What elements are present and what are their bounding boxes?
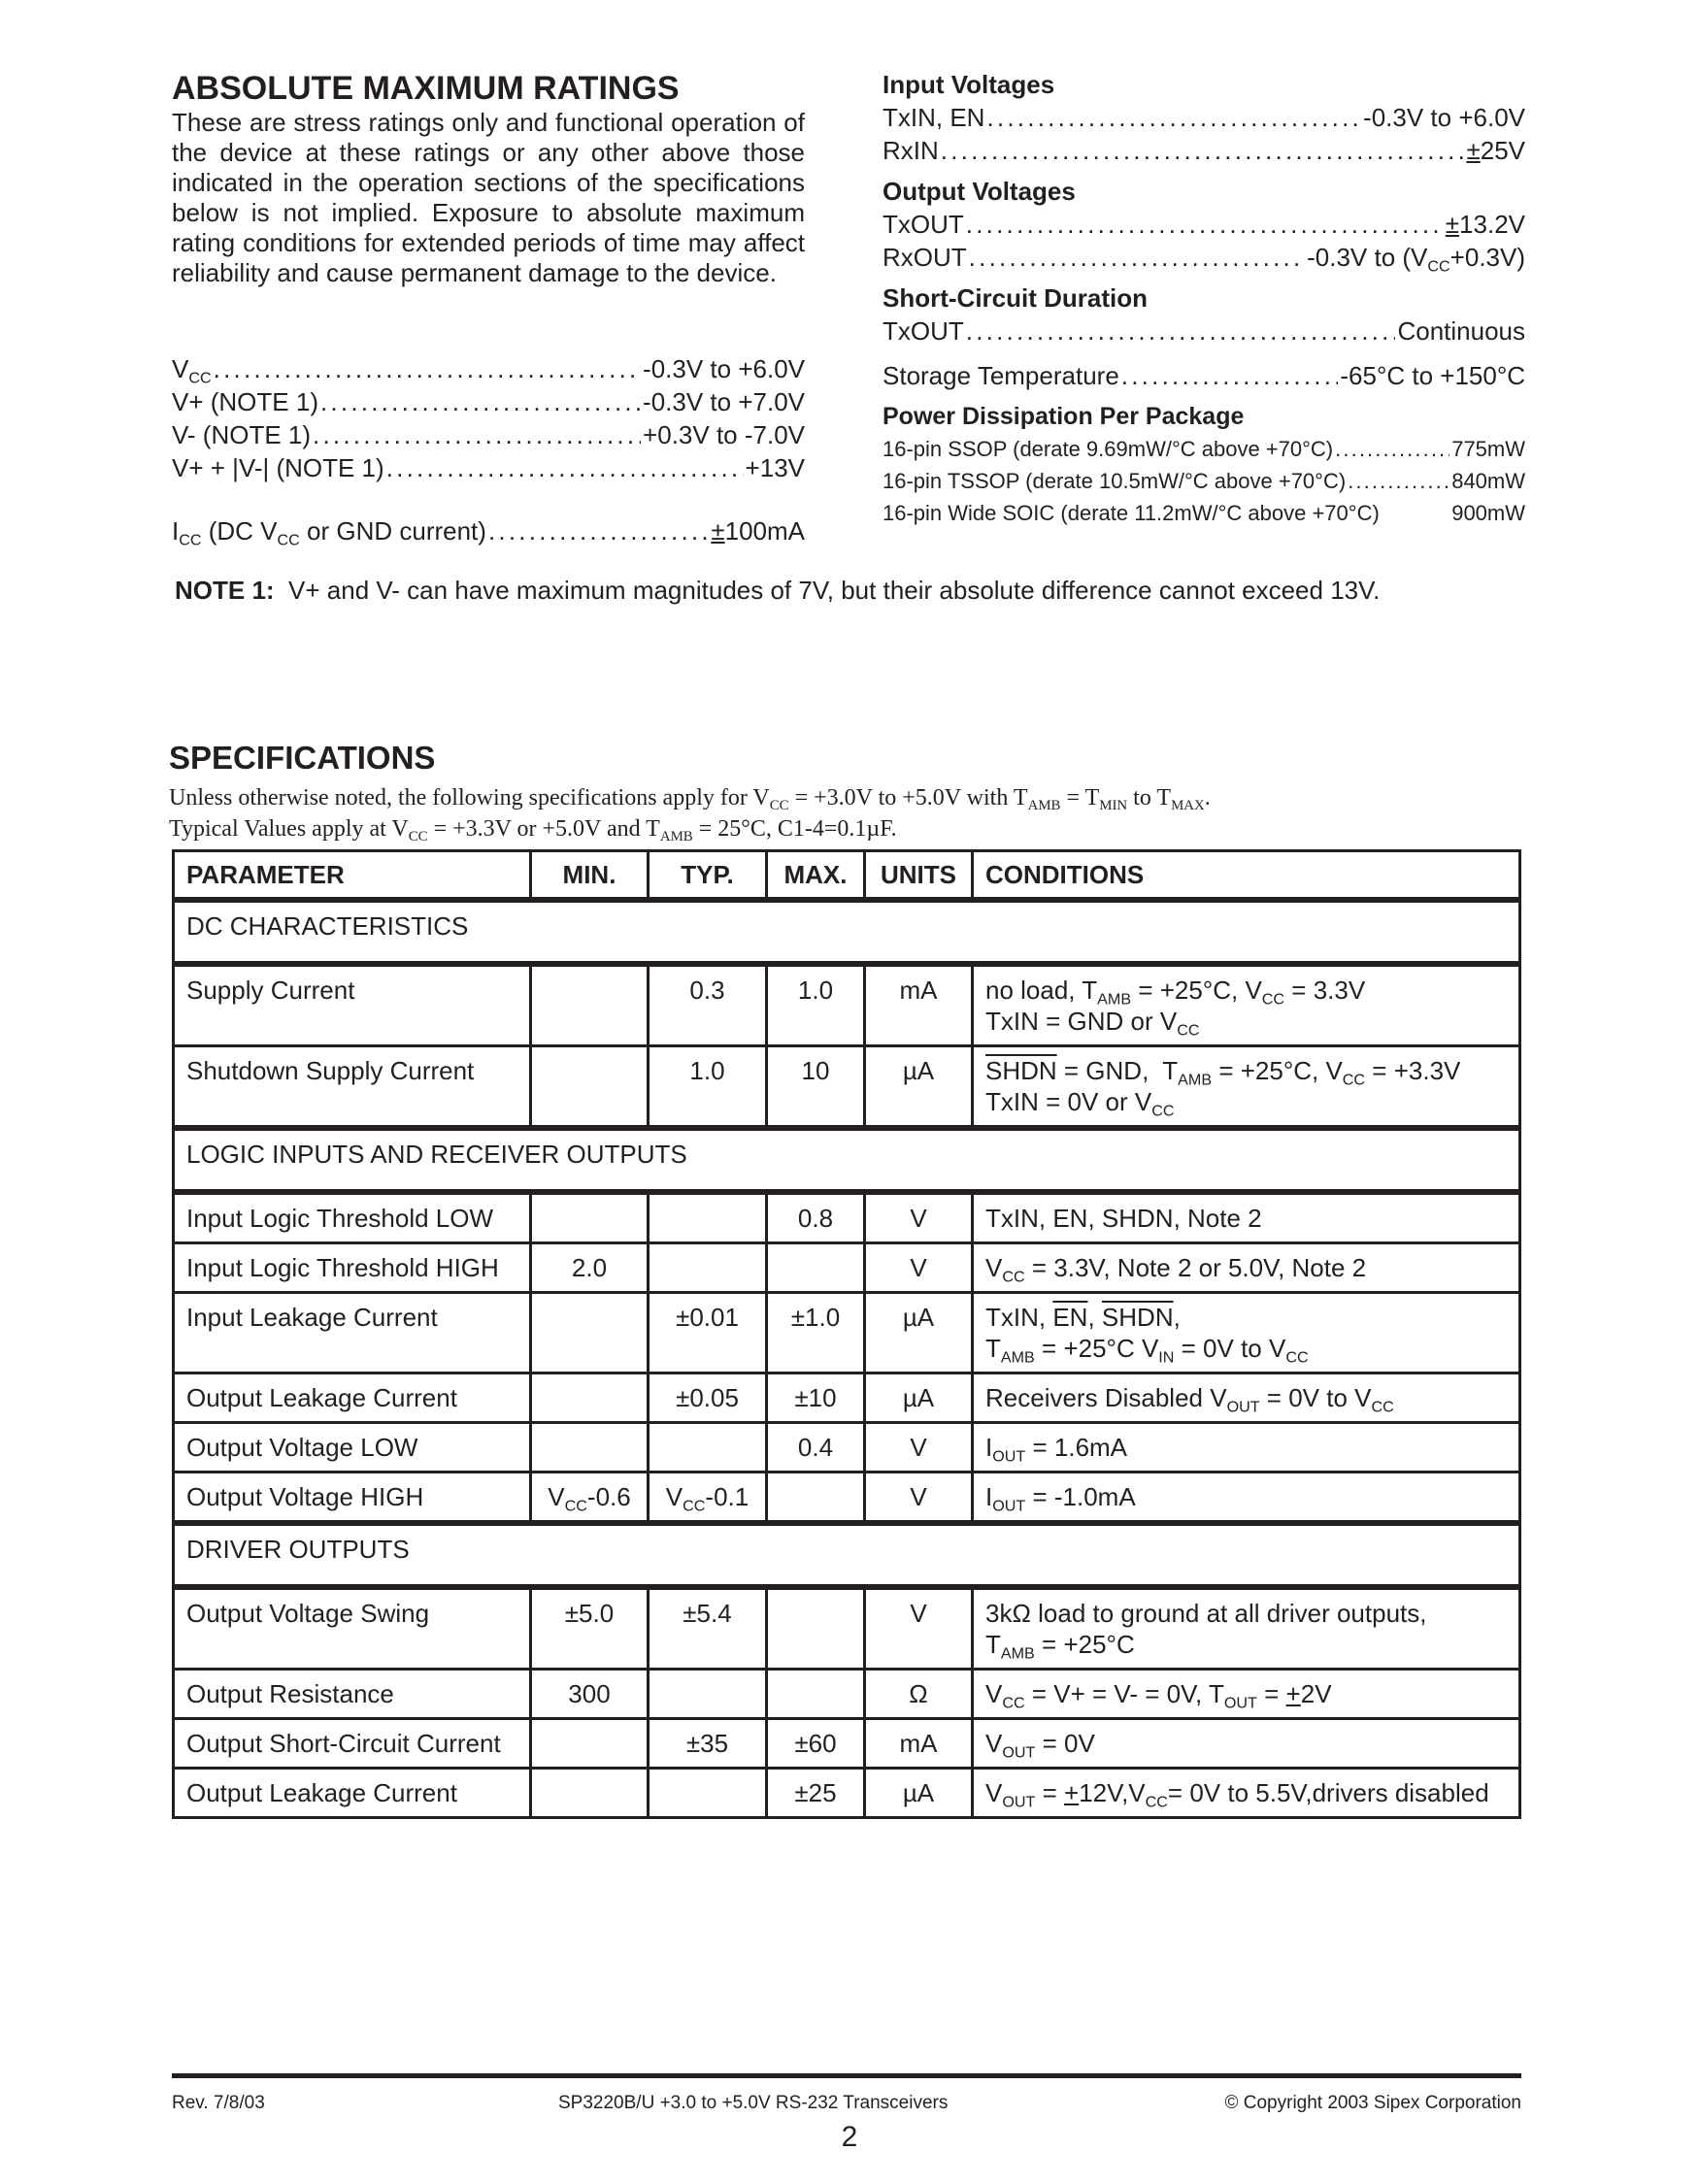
dot-leader (966, 208, 1444, 241)
units-cell: µA (865, 1046, 973, 1129)
rating-label: TxOUT (883, 314, 964, 347)
table-body: DC CHARACTERISTICSSupply Current0.31.0mA… (174, 900, 1520, 1818)
rating-row-vminus: V- (NOTE 1) +0.3V to -7.0V (172, 418, 805, 451)
units-cell: V (865, 1192, 973, 1243)
section-row: DRIVER OUTPUTS (174, 1523, 1520, 1587)
parameter-cell: Input Logic Threshold LOW (174, 1192, 531, 1243)
text: Typical Values apply at V (169, 816, 409, 842)
text: to T (1127, 785, 1171, 811)
rating-value: +13V (746, 451, 805, 484)
table-row: Input Logic Threshold HIGH2.0VVCC = 3.3V… (174, 1243, 1520, 1293)
plus-minus: ± (711, 516, 724, 546)
units-cell: µA (865, 1293, 973, 1373)
typ-cell (649, 1192, 767, 1243)
parameter-cell: Input Logic Threshold HIGH (174, 1243, 531, 1293)
sub: MAX (1171, 798, 1205, 813)
absolute-max-ratings-list: VCC -0.3V to +6.0V V+ (NOTE 1) -0.3V to … (172, 352, 805, 484)
typ-cell: ±5.4 (649, 1587, 767, 1670)
units-cell: mA (865, 964, 973, 1046)
spec-intro-line-1: Unless otherwise noted, the following sp… (169, 782, 1211, 813)
conditions-cell: TxIN, EN, SHDN,TAMB = +25°C VIN = 0V to … (973, 1293, 1520, 1373)
right-ratings-column: Input Voltages TxIN, EN -0.3V to +6.0V R… (883, 68, 1525, 529)
table-row: Supply Current0.31.0mAno load, TAMB = +2… (174, 964, 1520, 1046)
conditions-cell: IOUT = -1.0mA (973, 1473, 1520, 1524)
rating-value-sub: CC (1427, 258, 1449, 276)
min-cell (531, 1373, 649, 1423)
min-cell (531, 1423, 649, 1473)
conditions-cell: VCC = 3.3V, Note 2 or 5.0V, Note 2 (973, 1243, 1520, 1293)
max-cell (767, 1587, 865, 1670)
conditions-cell: SHDN = GND, TAMB = +25°C, VCC = +3.3VTxI… (973, 1046, 1520, 1129)
sub: AMB (660, 829, 693, 844)
dot-leader (1121, 359, 1339, 392)
absolute-max-title: ABSOLUTE MAXIMUM RATINGS (172, 70, 680, 108)
units-cell: µA (865, 1769, 973, 1818)
dot-leader (386, 451, 744, 484)
column-header-conditions: CONDITIONS (973, 851, 1520, 901)
page-number: 2 (0, 2121, 1699, 2154)
rating-value: ±13.2V (1446, 208, 1525, 241)
footer-copyright: © Copyright 2003 Sipex Corporation (1224, 2093, 1521, 2114)
conditions-cell: VCC = V+ = V- = 0V, TOUT = +2V (973, 1670, 1520, 1719)
output-voltages-heading: Output Voltages (883, 175, 1525, 208)
package-label: 16-pin SSOP (derate 9.69mW/°C above +70°… (883, 433, 1333, 465)
sub: MIN (1099, 798, 1127, 813)
text: Unless otherwise noted, the following sp… (169, 785, 770, 811)
icc-value-text: 100mA (725, 516, 805, 546)
table-row: Shutdown Supply Current1.010µASHDN = GND… (174, 1046, 1520, 1129)
parameter-cell: Output Short-Circuit Current (174, 1719, 531, 1769)
typ-cell (649, 1423, 767, 1473)
rating-value-post: +0.3V) (1450, 243, 1525, 272)
rating-value: -0.3V to +6.0V (643, 352, 805, 385)
specifications-title: SPECIFICATIONS (169, 740, 435, 777)
rating-label: TxOUT (883, 208, 964, 241)
max-cell: 1.0 (767, 964, 865, 1046)
icc-sub: CC (179, 532, 201, 549)
typ-cell (649, 1243, 767, 1293)
rating-row-icc: ICC (DC VCC or GND current) ±100mA (172, 514, 805, 547)
power-dissipation-row: 16-pin Wide SOIC (derate 11.2mW/°C above… (883, 497, 1525, 529)
max-cell: 10 (767, 1046, 865, 1129)
typ-cell (649, 1769, 767, 1818)
rating-row-vplus: V+ (NOTE 1) -0.3V to +7.0V (172, 385, 805, 418)
package-value: 900mW (1451, 497, 1525, 529)
rating-label: V+ (NOTE 1) (172, 385, 318, 418)
sub: CC (409, 829, 428, 844)
min-cell: VCC-0.6 (531, 1473, 649, 1524)
parameter-cell: Output Resistance (174, 1670, 531, 1719)
note-1: NOTE 1: V+ and V- can have maximum magni… (175, 576, 1380, 606)
units-cell: V (865, 1423, 973, 1473)
max-cell (767, 1670, 865, 1719)
units-cell: µA (865, 1373, 973, 1423)
section-label: DC CHARACTERISTICS (174, 900, 1520, 964)
table-row: Output Leakage Current±0.05±10µAReceiver… (174, 1373, 1520, 1423)
rating-label: TxIN, EN (883, 101, 984, 134)
specifications-intro: Unless otherwise noted, the following sp… (169, 782, 1211, 844)
rating-label: RxOUT (883, 241, 967, 274)
units-cell: mA (865, 1719, 973, 1769)
dot-leader (1335, 433, 1449, 465)
text: = T (1060, 785, 1099, 811)
max-cell: 0.8 (767, 1192, 865, 1243)
units-cell: Ω (865, 1670, 973, 1719)
conditions-cell: no load, TAMB = +25°C, VCC = 3.3VTxIN = … (973, 964, 1520, 1046)
min-cell (531, 1046, 649, 1129)
table-row: Output Voltage LOW0.4VIOUT = 1.6mA (174, 1423, 1520, 1473)
section-label: LOGIC INPUTS AND RECEIVER OUTPUTS (174, 1128, 1520, 1192)
conditions-cell: Receivers Disabled VOUT = 0V to VCC (973, 1373, 1520, 1423)
max-cell: ±1.0 (767, 1293, 865, 1373)
input-voltages-heading: Input Voltages (883, 68, 1525, 101)
text: = 25°C, C1-4=0.1µF. (693, 816, 897, 842)
spec-intro-line-2: Typical Values apply at VCC = +3.3V or +… (169, 813, 1211, 844)
min-cell (531, 1192, 649, 1243)
output-voltage-row: RxOUT -0.3V to (VCC+0.3V) (883, 241, 1525, 274)
rating-value: -65°C to +150°C (1340, 359, 1525, 392)
package-value: 775mW (1451, 433, 1525, 465)
min-cell (531, 1293, 649, 1373)
conditions-cell: TxIN, EN, SHDN, Note 2 (973, 1192, 1520, 1243)
icc-label-post: or GND current) (300, 516, 486, 546)
dot-leader (1348, 465, 1449, 497)
text: = +3.3V or +5.0V and T (428, 816, 660, 842)
column-header-parameter: PARAMETER (174, 851, 531, 901)
rating-label: V- (NOTE 1) (172, 418, 311, 451)
note-label: NOTE 1: (175, 576, 275, 605)
icc-value: ±100mA (711, 514, 805, 547)
input-voltage-row: TxIN, EN -0.3V to +6.0V (883, 101, 1525, 134)
conditions-cell: 3kΩ load to ground at all driver outputs… (973, 1587, 1520, 1670)
min-cell (531, 1719, 649, 1769)
dot-leader (320, 385, 641, 418)
rating-label-sub: CC (188, 370, 211, 387)
parameter-cell: Shutdown Supply Current (174, 1046, 531, 1129)
table-row: Input Logic Threshold LOW0.8VTxIN, EN, S… (174, 1192, 1520, 1243)
min-cell: 2.0 (531, 1243, 649, 1293)
icc-sub: CC (278, 532, 300, 549)
section-label: DRIVER OUTPUTS (174, 1523, 1520, 1587)
rating-row-vcc: VCC -0.3V to +6.0V (172, 352, 805, 385)
parameter-cell: Output Voltage LOW (174, 1423, 531, 1473)
parameter-cell: Output Voltage HIGH (174, 1473, 531, 1524)
typ-cell: 1.0 (649, 1046, 767, 1129)
typ-cell: ±35 (649, 1719, 767, 1769)
parameter-cell: Input Leakage Current (174, 1293, 531, 1373)
rating-value: Continuous (1397, 314, 1525, 347)
dot-leader (966, 314, 1396, 347)
typ-cell: VCC-0.1 (649, 1473, 767, 1524)
package-label: 16-pin TSSOP (derate 10.5mW/°C above +70… (883, 465, 1346, 497)
icc-label: ICC (DC VCC or GND current) (172, 514, 486, 547)
storage-temperature-row: Storage Temperature -65°C to +150°C (883, 359, 1525, 392)
dot-leader (969, 241, 1305, 274)
min-cell: ±5.0 (531, 1587, 649, 1670)
power-dissipation-heading: Power Dissipation Per Package (883, 400, 1525, 433)
max-cell: ±60 (767, 1719, 865, 1769)
rating-value: -0.3V to (VCC+0.3V) (1307, 241, 1525, 274)
sub: AMB (1028, 798, 1061, 813)
rating-label: V (172, 354, 188, 383)
dot-leader (986, 101, 1361, 134)
column-header-max: MAX. (767, 851, 865, 901)
units-cell: V (865, 1473, 973, 1524)
table-row: Output Voltage HIGHVCC-0.6VCC-0.1VIOUT =… (174, 1473, 1520, 1524)
text: = +3.0V to +5.0V with T (789, 785, 1028, 811)
typ-cell: 0.3 (649, 964, 767, 1046)
rating-value: ±25V (1466, 134, 1525, 167)
typ-cell: ±0.01 (649, 1293, 767, 1373)
min-cell (531, 964, 649, 1046)
dot-leader (488, 514, 709, 547)
output-voltage-row: TxOUT ±13.2V (883, 208, 1525, 241)
input-voltage-row: RxIN ±25V (883, 134, 1525, 167)
parameter-cell: Output Voltage Swing (174, 1587, 531, 1670)
power-dissipation-row: 16-pin SSOP (derate 9.69mW/°C above +70°… (883, 433, 1525, 465)
column-header-min: MIN. (531, 851, 649, 901)
rating-value-pre: -0.3V to (V (1307, 243, 1427, 272)
footer-rule (172, 2073, 1521, 2078)
table-row: Output Voltage Swing±5.0±5.4V3kΩ load to… (174, 1587, 1520, 1670)
section-row: DC CHARACTERISTICS (174, 900, 1520, 964)
footer-revision: Rev. 7/8/03 (172, 2093, 265, 2114)
rating-value-text: 13.2V (1459, 210, 1525, 239)
package-label: 16-pin Wide SOIC (derate 11.2mW/°C above… (883, 497, 1380, 529)
rating-row-vsum: V+ + |V-| (NOTE 1) +13V (172, 451, 805, 484)
units-cell: V (865, 1243, 973, 1293)
power-dissipation-row: 16-pin TSSOP (derate 10.5mW/°C above +70… (883, 465, 1525, 497)
dot-leader (941, 134, 1465, 167)
min-cell: 300 (531, 1670, 649, 1719)
parameter-cell: Supply Current (174, 964, 531, 1046)
parameter-cell: Output Leakage Current (174, 1769, 531, 1818)
rating-label: Storage Temperature (883, 359, 1119, 392)
parameter-cell: Output Leakage Current (174, 1373, 531, 1423)
package-value: 840mW (1451, 465, 1525, 497)
typ-cell (649, 1670, 767, 1719)
short-circuit-heading: Short-Circuit Duration (883, 281, 1525, 314)
sub: CC (770, 798, 789, 813)
footer-product: SP3220B/U +3.0 to +5.0V RS-232 Transceiv… (558, 2093, 948, 2114)
table-row: Output Leakage Current±25µAVOUT = +12V,V… (174, 1769, 1520, 1818)
icc-label-mid: (DC V (202, 516, 278, 546)
dot-leader (313, 418, 641, 451)
max-cell: 0.4 (767, 1423, 865, 1473)
min-cell (531, 1769, 649, 1818)
table-header-row: PARAMETERMIN.TYP.MAX.UNITSCONDITIONS (174, 851, 1520, 901)
max-cell: ±10 (767, 1373, 865, 1423)
rating-value: -0.3V to +6.0V (1363, 101, 1525, 134)
section-row: LOGIC INPUTS AND RECEIVER OUTPUTS (174, 1128, 1520, 1192)
specifications-table: PARAMETERMIN.TYP.MAX.UNITSCONDITIONS DC … (172, 849, 1521, 1819)
rating-value-text: 25V (1481, 136, 1525, 165)
rating-value: +0.3V to -7.0V (643, 418, 805, 451)
short-circuit-row: TxOUT Continuous (883, 314, 1525, 347)
max-cell: ±25 (767, 1769, 865, 1818)
table-row: Output Short-Circuit Current±35±60mAVOUT… (174, 1719, 1520, 1769)
units-cell: V (865, 1587, 973, 1670)
max-cell (767, 1243, 865, 1293)
plus-minus: ± (1466, 136, 1480, 165)
column-header-units: UNITS (865, 851, 973, 901)
plus-minus: ± (1446, 210, 1459, 239)
column-header-typ: TYP. (649, 851, 767, 901)
note-text: V+ and V- can have maximum magnitudes of… (288, 576, 1380, 605)
table-row: Output Resistance300ΩVCC = V+ = V- = 0V,… (174, 1670, 1520, 1719)
rating-label: V+ + |V-| (NOTE 1) (172, 451, 384, 484)
rating-value: -0.3V to +7.0V (643, 385, 805, 418)
max-cell (767, 1473, 865, 1524)
conditions-cell: IOUT = 1.6mA (973, 1423, 1520, 1473)
typ-cell: ±0.05 (649, 1373, 767, 1423)
rating-label: RxIN (883, 134, 939, 167)
conditions-cell: VOUT = 0V (973, 1719, 1520, 1769)
table-row: Input Leakage Current±0.01±1.0µATxIN, EN… (174, 1293, 1520, 1373)
absolute-max-intro: These are stress ratings only and functi… (172, 108, 805, 288)
dot-leader (214, 352, 641, 385)
conditions-cell: VOUT = +12V,VCC= 0V to 5.5V,drivers disa… (973, 1769, 1520, 1818)
text: . (1205, 785, 1211, 811)
